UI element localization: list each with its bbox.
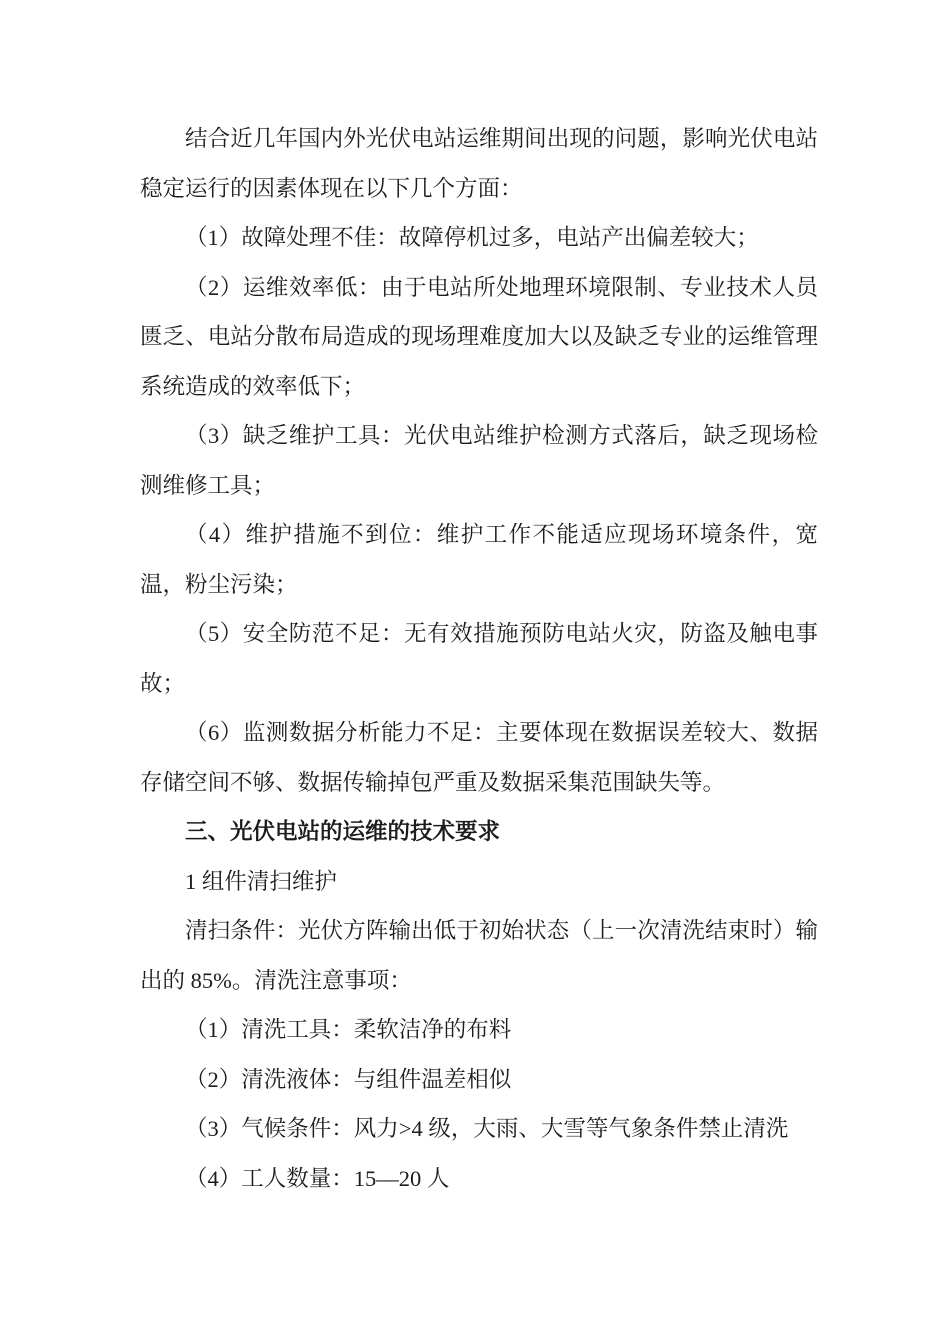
paragraph: （5）安全防范不足：无有效措施预防电站火灾，防盗及触电事故； [140,609,818,708]
paragraph: （3）气候条件：风力>4 级，大雨、大雪等气象条件禁止清洗 [140,1104,818,1154]
paragraph: （1）故障处理不佳：故障停机过多，电站产出偏差较大； [140,213,818,263]
paragraph: 结合近几年国内外光伏电站运维期间出现的问题，影响光伏电站稳定运行的因素体现在以下… [140,114,818,213]
paragraph: （2）运维效率低：由于电站所处地理环境限制、专业技术人员匮乏、电站分散布局造成的… [140,263,818,412]
section-heading: 三、光伏电站的运维的技术要求 [140,807,818,857]
paragraph: （1）清洗工具：柔软洁净的布料 [140,1005,818,1055]
paragraph: （2）清洗液体：与组件温差相似 [140,1055,818,1105]
paragraph: （4）工人数量：15—20 人 [140,1154,818,1204]
paragraph: 1 组件清扫维护 [140,857,818,907]
document-text-block: 结合近几年国内外光伏电站运维期间出现的问题，影响光伏电站稳定运行的因素体现在以下… [140,114,818,1203]
paragraph: （6）监测数据分析能力不足：主要体现在数据误差较大、数据存储空间不够、数据传输掉… [140,708,818,807]
paragraph: （3）缺乏维护工具：光伏电站维护检测方式落后，缺乏现场检测维修工具； [140,411,818,510]
document-page: 结合近几年国内外光伏电站运维期间出现的问题，影响光伏电站稳定运行的因素体现在以下… [0,0,950,1343]
paragraph: 清扫条件：光伏方阵输出低于初始状态（上一次清洗结束时）输出的 85%。清洗注意事… [140,906,818,1005]
paragraph: （4）维护措施不到位：维护工作不能适应现场环境条件，宽温，粉尘污染； [140,510,818,609]
